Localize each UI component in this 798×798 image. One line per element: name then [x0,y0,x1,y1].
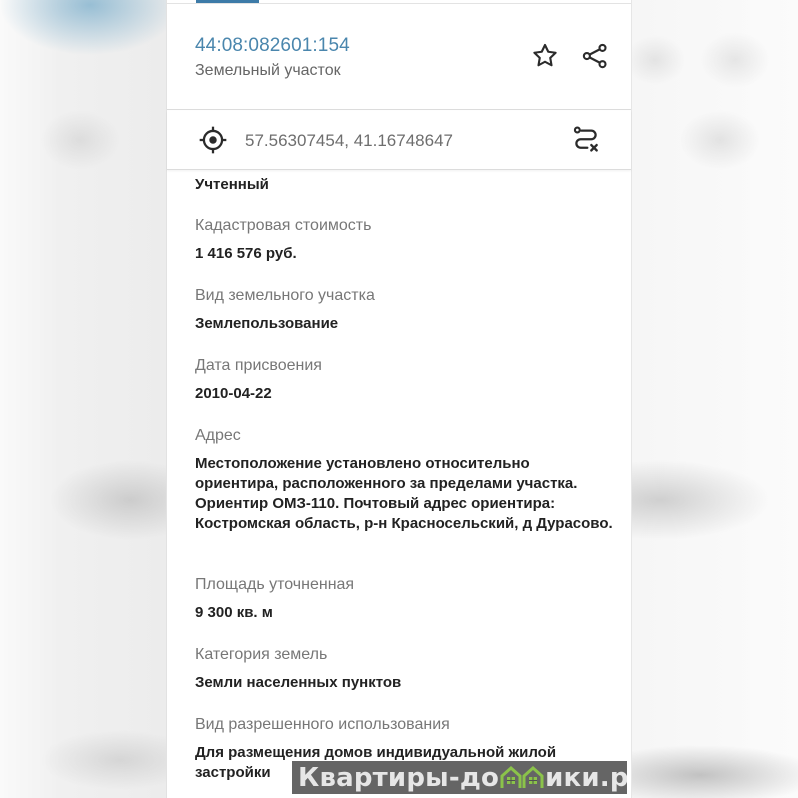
object-type: Земельный участок [195,62,341,80]
coordinates-bar: 57.56307454, 41.16748647 [167,111,631,170]
route-cancel-icon [570,124,602,156]
watermark-text-end: ики.рф [545,763,627,793]
field-label: Дата присвоения [195,356,613,376]
field-cadastral-value: Кадастровая стоимость 1 416 576 руб. [195,216,613,264]
field-label: Адрес [195,426,613,446]
house-icon [500,766,522,790]
house-icon [522,766,544,790]
field-address: Адрес Местоположение установлено относит… [195,426,613,534]
field-label: Вид разрешенного использования [195,715,613,735]
favorite-button[interactable] [528,39,562,73]
field-value: 1 416 576 руб. [195,244,613,264]
star-outline-icon [530,41,560,71]
route-button[interactable] [569,123,603,157]
field-assignment-date: Дата присвоения 2010-04-22 [195,356,613,404]
object-info-panel: 44:08:082601:154 Земельный участок [166,0,632,798]
cadastral-number[interactable]: 44:08:082601:154 [195,35,350,57]
field-value: 9 300 кв. м [195,603,613,623]
watermark-text-start: Квартиры-до [298,763,499,793]
field-value: 2010-04-22 [195,384,613,404]
status-value: Учтенный [195,176,269,193]
field-area: Площадь уточненная 9 300 кв. м [195,575,613,623]
coordinates-text[interactable]: 57.56307454, 41.16748647 [245,131,453,151]
watermark: Квартиры-до ики.рф [292,761,627,794]
object-header: 44:08:082601:154 Земельный участок [167,4,631,110]
field-land-type: Вид земельного участка Землепользование [195,286,613,334]
locate-button[interactable] [196,123,230,157]
field-label: Вид земельного участка [195,286,613,306]
field-label: Категория земель [195,645,613,665]
field-land-category: Категория земель Земли населенных пункто… [195,645,613,693]
field-value: Земли населенных пунктов [195,673,613,693]
field-value: Землепользование [195,314,613,334]
share-button[interactable] [578,39,612,73]
share-icon [580,41,610,71]
field-label: Кадастровая стоимость [195,216,613,236]
crosshair-target-icon [197,124,229,156]
field-value: Местоположение установлено относительно … [195,454,615,534]
watermark-houses [500,766,544,790]
field-label: Площадь уточненная [195,575,613,595]
